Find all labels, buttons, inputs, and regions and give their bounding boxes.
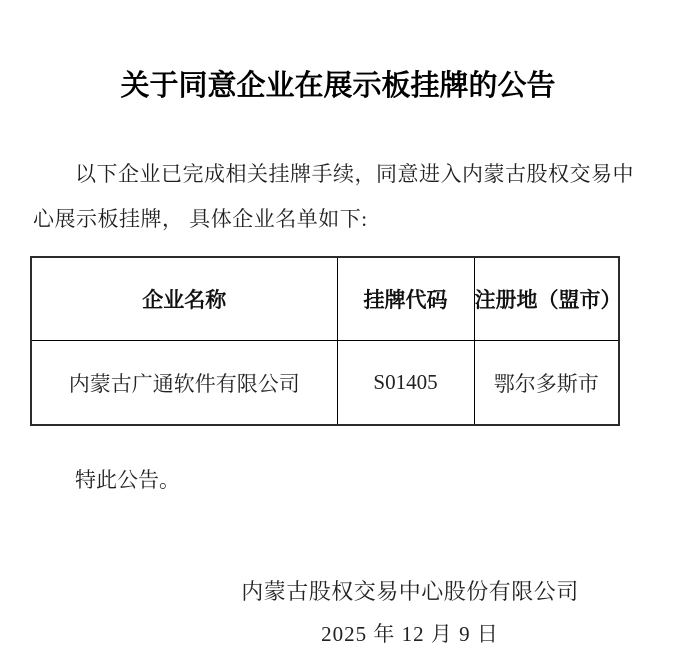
cell-registration-place: 鄂尔多斯市 [474,341,619,426]
table-row: 内蒙古广通软件有限公司 S01405 鄂尔多斯市 [31,341,619,426]
company-listing-table: 企业名称 挂牌代码 注册地（盟市） 内蒙古广通软件有限公司 S01405 鄂尔多… [30,256,620,426]
body-paragraph-line-2: 心展示板挂牌， 具体企业名单如下: [33,197,645,242]
header-company-name: 企业名称 [31,257,337,341]
signature-company: 内蒙古股权交易中心股份有限公司 [144,578,676,606]
signature-block: 内蒙古股权交易中心股份有限公司 2025 年 12 月 9 日 [144,578,676,648]
header-listing-code: 挂牌代码 [337,257,474,341]
table-header-row: 企业名称 挂牌代码 注册地（盟市） [31,257,619,341]
body-paragraph-line-1: 以下企业已完成相关挂牌手续，同意进入内蒙古股权交易中 [33,152,645,197]
announcement-document: 关于同意企业在展示板挂牌的公告 以下企业已完成相关挂牌手续，同意进入内蒙古股权交… [0,0,676,663]
cell-company-name: 内蒙古广通软件有限公司 [31,341,337,426]
header-registration-place: 注册地（盟市） [474,257,619,341]
page-title: 关于同意企业在展示板挂牌的公告 [0,70,676,102]
body-paragraph: 以下企业已完成相关挂牌手续，同意进入内蒙古股权交易中 心展示板挂牌， 具体企业名… [33,152,645,242]
signature-date: 2025 年 12 月 9 日 [144,620,676,648]
closing-note: 特此公告。 [33,465,180,495]
cell-listing-code: S01405 [337,341,474,426]
